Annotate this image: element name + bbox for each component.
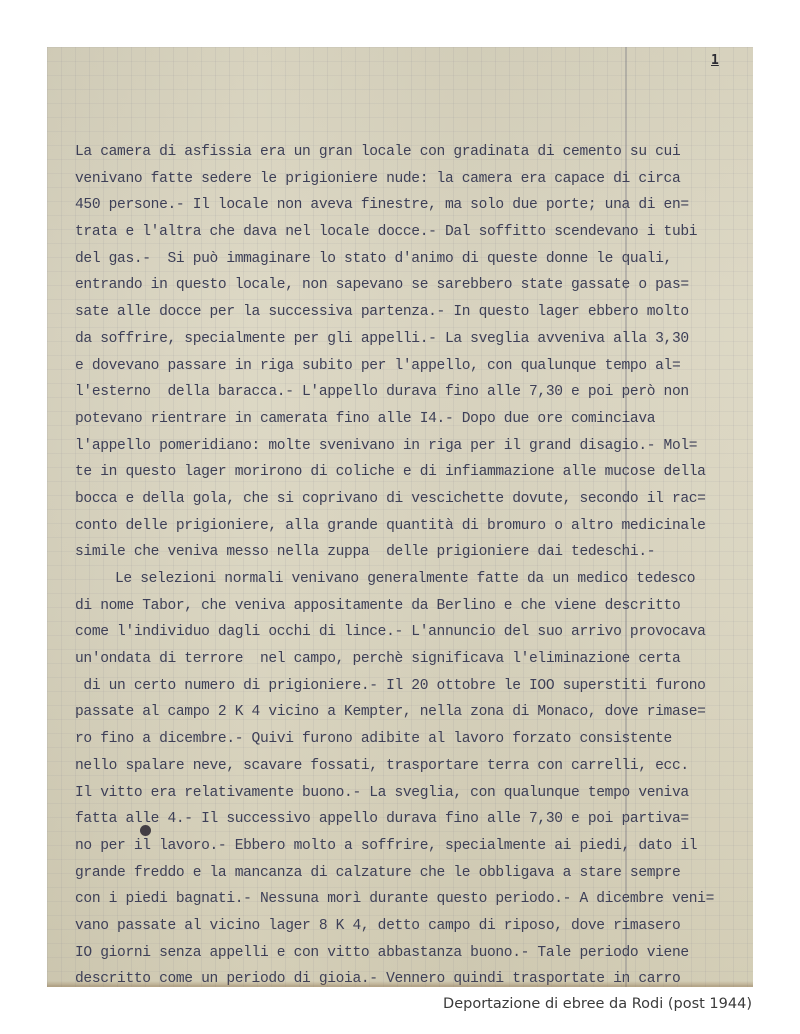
text-line: del gas.- Si può immaginare lo stato d'a… [75,246,753,273]
paper-edge [47,981,753,987]
text-line: bocca e della gola, che si coprivano di … [75,486,753,513]
page-number: 1 [711,53,719,68]
text-line: l'appello pomeridiano: molte svenivano i… [75,433,753,460]
text-line: vano passate al vicino lager 8 K 4, dett… [75,913,753,940]
text-line: simile che veniva messo nella zuppa dell… [75,539,753,566]
text-line: conto delle prigioniere, alla grande qua… [75,513,753,540]
document-photo: 1 La camera di asfissia era un gran loca… [47,47,753,987]
text-line: sate alle docce per la successiva parten… [75,299,753,326]
text-line: IO giorni senza appelli e con vitto abba… [75,940,753,967]
typewritten-text: La camera di asfissia era un gran locale… [75,139,753,987]
text-line: come l'individuo dagli occhi di lince.- … [75,619,753,646]
text-line: di nome Tabor, che veniva appositamente … [75,593,753,620]
ink-smudge [140,825,151,836]
text-line: entrando in questo locale, non sapevano … [75,272,753,299]
text-line: 450 persone.- Il locale non aveva finest… [75,192,753,219]
photo-caption: Deportazione di ebree da Rodi (post 1944… [443,996,752,1012]
text-line: grande freddo e la mancanza di calzature… [75,860,753,887]
text-line: l'esterno della baracca.- L'appello dura… [75,379,753,406]
text-line: Il vitto era relativamente buono.- La sv… [75,780,753,807]
text-line: da soffrire, specialmente per gli appell… [75,326,753,353]
text-line: no per il lavoro.- Ebbero molto a soffri… [75,833,753,860]
text-line: con i piedi bagnati.- Nessuna morì duran… [75,886,753,913]
text-line: fatta alle 4.- Il successivo appello dur… [75,806,753,833]
text-line: Le selezioni normali venivano generalmen… [75,566,753,593]
text-line: venivano fatte sedere le prigioniere nud… [75,166,753,193]
text-line: La camera di asfissia era un gran locale… [75,139,753,166]
text-line: nello spalare neve, scavare fossati, tra… [75,753,753,780]
text-line: trata e l'altra che dava nel locale docc… [75,219,753,246]
text-line: potevano rientrare in camerata fino alle… [75,406,753,433]
text-line: un'ondata di terrore nel campo, perchè s… [75,646,753,673]
text-line: passate al campo 2 K 4 vicino a Kempter,… [75,699,753,726]
text-line: di un certo numero di prigioniere.- Il 2… [75,673,753,700]
text-line: ro fino a dicembre.- Quivi furono adibit… [75,726,753,753]
text-line: te in questo lager morirono di coliche e… [75,459,753,486]
text-line: e dovevano passare in riga subito per l'… [75,353,753,380]
